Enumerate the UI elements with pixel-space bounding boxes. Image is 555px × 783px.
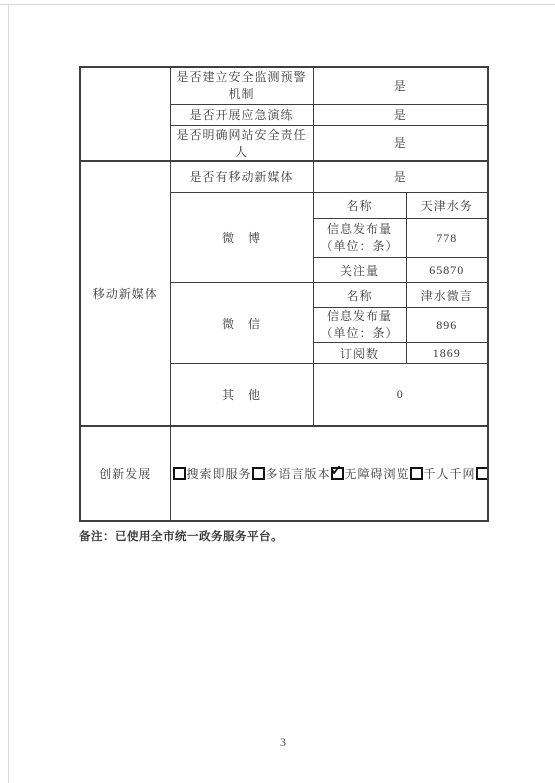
innovation-option-label: 千人千网 <box>424 467 476 481</box>
answer-cell: 是 <box>313 161 488 193</box>
innovation-options-cell: 搜索即服务多语言版本无障碍浏览千人千网其他 <box>170 426 488 521</box>
footnote: 备注：已使用全市统一政务服务平台。 <box>79 528 283 544</box>
metric-label-line: （单位：条） <box>316 325 404 342</box>
metric-value: 778 <box>406 219 488 258</box>
question-cell: 是否有移动新媒体 <box>170 161 313 193</box>
innovation-option: 千人千网 <box>410 467 476 481</box>
answer-cell: 是 <box>313 104 488 125</box>
metric-label-line: （单位：条） <box>316 238 404 255</box>
metric-value: 65870 <box>406 258 488 283</box>
innovation-option: 多语言版本 <box>252 467 331 481</box>
checkbox-icon[interactable] <box>476 467 488 480</box>
innovation-option: 其他 <box>476 467 488 481</box>
innovation-option-label: 搜索即服务 <box>187 467 252 481</box>
innovation-option: 搜索即服务 <box>173 467 252 481</box>
page-top-edge <box>0 4 555 5</box>
innovation-option: 无障碍浏览 <box>331 467 410 481</box>
metric-value: 天津水务 <box>406 193 488 219</box>
other-media-label: 其 他 <box>170 364 313 426</box>
metric-value: 津水微言 <box>406 283 488 308</box>
metric-value: 896 <box>406 308 488 343</box>
metric-label: 名称 <box>313 283 406 308</box>
question-cell: 是否明确网站安全责任人 <box>170 125 313 161</box>
metric-label-line: 信息发布量 <box>316 308 404 325</box>
weibo-label: 微 博 <box>170 193 313 283</box>
checkbox-icon[interactable] <box>252 467 265 480</box>
innovation-option-label: 无障碍浏览 <box>345 467 410 481</box>
page-number: 3 <box>79 735 487 750</box>
metric-label: 名称 <box>313 193 406 219</box>
section-cell-empty <box>80 67 170 161</box>
table-row: 移动新媒体 是否有移动新媒体 是 <box>80 161 488 193</box>
checkbox-icon[interactable] <box>410 467 423 480</box>
page-left-edge <box>8 4 9 783</box>
section-label-innovation: 创新发展 <box>80 426 170 521</box>
question-cell: 是否开展应急演练 <box>170 104 313 125</box>
metric-label: 订阅数 <box>313 343 406 364</box>
checkbox-icon[interactable] <box>173 467 186 480</box>
metric-label: 信息发布量 （单位：条） <box>313 219 406 258</box>
table-row: 创新发展 搜索即服务多语言版本无障碍浏览千人千网其他 <box>80 426 488 521</box>
metric-label: 关注量 <box>313 258 406 283</box>
checkbox-icon[interactable] <box>331 467 344 480</box>
table-row: 是否建立安全监测预警 机制 是 <box>80 67 488 104</box>
question-line: 机制 <box>173 86 311 103</box>
metric-value: 1869 <box>406 343 488 364</box>
wechat-label: 微 信 <box>170 283 313 364</box>
section-label-mobile-media: 移动新媒体 <box>80 161 170 426</box>
question-line: 是否建立安全监测预警 <box>173 69 311 86</box>
innovation-option-label: 多语言版本 <box>266 467 331 481</box>
answer-cell: 是 <box>313 67 488 104</box>
answer-cell: 是 <box>313 125 488 161</box>
question-cell: 是否建立安全监测预警 机制 <box>170 67 313 104</box>
metric-label-line: 信息发布量 <box>316 221 404 238</box>
other-media-value: 0 <box>313 364 488 426</box>
report-table: 是否建立安全监测预警 机制 是 是否开展应急演练 是 是否明确网站安全责任人 是… <box>79 66 489 522</box>
metric-label: 信息发布量 （单位：条） <box>313 308 406 343</box>
